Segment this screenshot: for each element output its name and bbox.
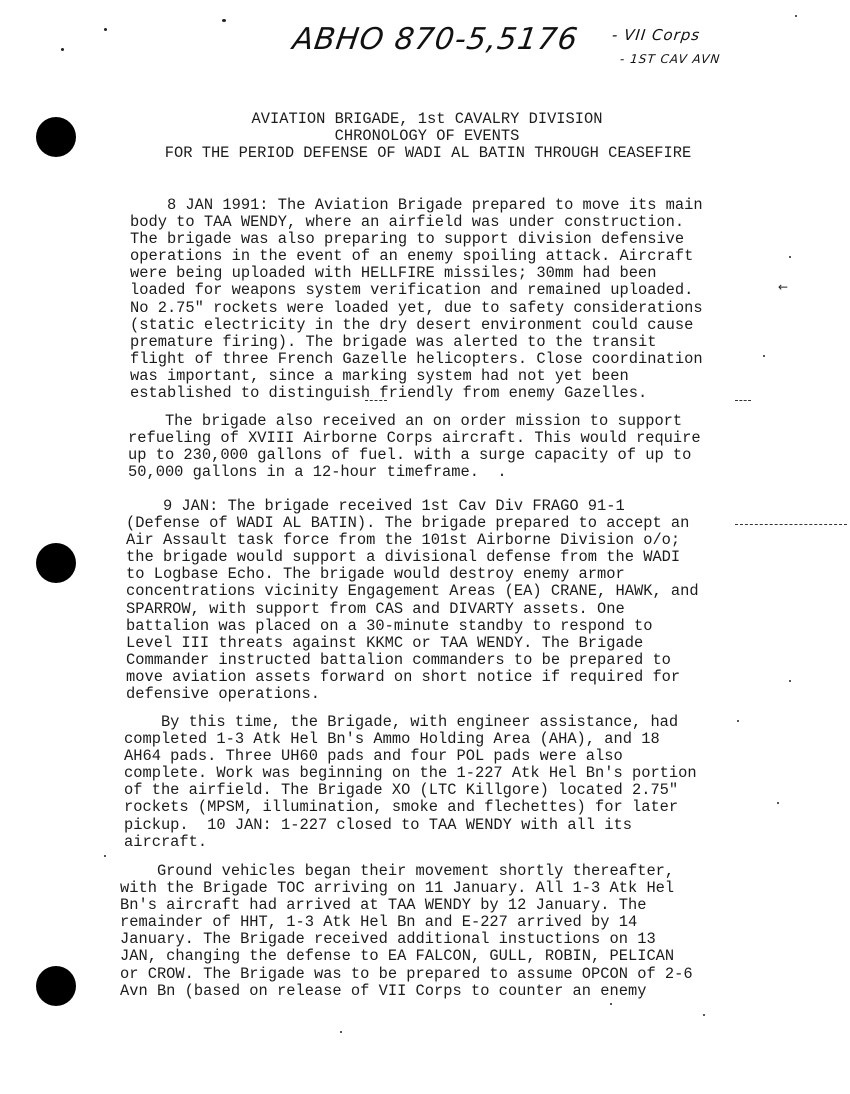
text-line: flight of three French Gazelle helicopte…	[130, 351, 703, 368]
text-line: up to 230,000 gallons of fuel. with a su…	[128, 447, 701, 464]
scan-dash-after-accept	[735, 524, 847, 525]
paragraph-refueling: The brigade also received an on order mi…	[128, 413, 701, 481]
scan-speck	[222, 19, 226, 22]
text-line: concentrations vicinity Engagement Areas…	[126, 583, 699, 600]
document-heading: AVIATION BRIGADE, 1st CAVALRY DIVISION C…	[0, 111, 850, 162]
text-line: remainder of HHT, 1-3 Atk Hel Bn and E-2…	[120, 914, 693, 931]
text-line: AH64 pads. Three UH60 pads and four POL …	[124, 748, 697, 765]
text-line: (static electricity in the dry desert en…	[130, 317, 703, 334]
scan-speck	[104, 28, 107, 31]
binder-hole-middle	[36, 543, 76, 583]
scan-speck	[795, 15, 797, 17]
text-line: 9 JAN: The brigade received 1st Cav Div …	[126, 498, 699, 515]
text-line: complete. Work was beginning on the 1-22…	[124, 765, 697, 782]
text-line: premature firing). The brigade was alert…	[130, 334, 703, 351]
paragraph-8-jan: 8 JAN 1991: The Aviation Brigade prepare…	[130, 197, 703, 402]
scan-dash-small-2	[735, 400, 751, 401]
text-line: Commander instructed battalion commander…	[126, 652, 699, 669]
text-line: of the airfield. The Brigade XO (LTC Kil…	[124, 782, 697, 799]
scan-speck	[610, 1003, 612, 1005]
scan-speck	[104, 855, 106, 857]
text-line: SPARROW, with support from CAS and DIVAR…	[126, 601, 699, 618]
text-line: pickup. 10 JAN: 1-227 closed to TAA WEND…	[124, 817, 697, 834]
scan-speck	[340, 1031, 342, 1033]
text-line: January. The Brigade received additional…	[120, 931, 693, 948]
text-line: move aviation assets forward on short no…	[126, 669, 699, 686]
text-line: aircraft.	[124, 834, 697, 851]
text-line: body to TAA WENDY, where an airfield was…	[130, 214, 703, 231]
text-line: refueling of XVIII Airborne Corps aircra…	[128, 430, 701, 447]
margin-arrow-icon: ←	[778, 280, 788, 294]
text-line: rockets (MPSM, illumination, smoke and f…	[124, 799, 697, 816]
scan-speck	[703, 1014, 705, 1016]
text-line: operations in the event of an enemy spoi…	[130, 248, 703, 265]
scan-speck	[789, 680, 791, 682]
heading-period: FOR THE PERIOD DEFENSE OF WADI AL BATIN …	[0, 145, 850, 162]
text-line: loaded for weapons system verification a…	[130, 282, 703, 299]
heading-unit: AVIATION BRIGADE, 1st CAVALRY DIVISION	[0, 111, 850, 128]
text-line: to Logbase Echo. The brigade would destr…	[126, 566, 699, 583]
scan-dash-small-1	[365, 400, 387, 401]
text-line: were being uploaded with HELLFIRE missil…	[130, 265, 703, 282]
text-line: Bn's aircraft had arrived at TAA WENDY b…	[120, 897, 693, 914]
heading-title: CHRONOLOGY OF EVENTS	[0, 128, 850, 145]
text-line: Ground vehicles began their movement sho…	[120, 863, 693, 880]
handwritten-note-unit: - 1ST CAV AVN	[619, 52, 721, 66]
text-line: Avn Bn (based on release of VII Corps to…	[120, 983, 693, 1000]
text-line: By this time, the Brigade, with engineer…	[124, 714, 697, 731]
paragraph-ground-vehicles: Ground vehicles began their movement sho…	[120, 863, 693, 1000]
paragraph-9-jan: 9 JAN: The brigade received 1st Cav Div …	[126, 498, 699, 703]
text-line: defensive operations.	[126, 686, 699, 703]
text-line: JAN, changing the defense to EA FALCON, …	[120, 948, 693, 965]
scan-speck	[763, 355, 765, 357]
text-line: was important, since a marking system ha…	[130, 368, 703, 385]
handwritten-archive-code: ABHO 870-5,5176	[291, 22, 581, 57]
text-line: or CROW. The Brigade was to be prepared …	[120, 966, 693, 983]
text-line: 8 JAN 1991: The Aviation Brigade prepare…	[130, 197, 703, 214]
text-line: the brigade would support a divisional d…	[126, 549, 699, 566]
scan-speck	[737, 720, 739, 722]
text-line: Level III threats against KKMC or TAA WE…	[126, 635, 699, 652]
paragraph-engineer-assistance: By this time, the Brigade, with engineer…	[124, 714, 697, 851]
text-line: No 2.75" rockets were loaded yet, due to…	[130, 300, 703, 317]
text-line: The brigade also received an on order mi…	[128, 413, 701, 430]
text-line: with the Brigade TOC arriving on 11 Janu…	[120, 880, 693, 897]
text-line: completed 1-3 Atk Hel Bn's Ammo Holding …	[124, 731, 697, 748]
text-line: The brigade was also preparing to suppor…	[130, 231, 703, 248]
text-line: 50,000 gallons in a 12-hour timeframe. .	[128, 464, 701, 481]
handwritten-note-corps: - VII Corps	[611, 26, 701, 44]
binder-hole-bottom	[36, 966, 76, 1006]
scan-speck	[789, 256, 791, 258]
text-line: established to distinguish friendly from…	[130, 385, 703, 402]
text-line: Air Assault task force from the 101st Ai…	[126, 532, 699, 549]
scan-speck	[777, 802, 779, 804]
text-line: (Defense of WADI AL BATIN). The brigade …	[126, 515, 699, 532]
scan-speck	[61, 48, 64, 51]
text-line: battalion was placed on a 30-minute stan…	[126, 618, 699, 635]
